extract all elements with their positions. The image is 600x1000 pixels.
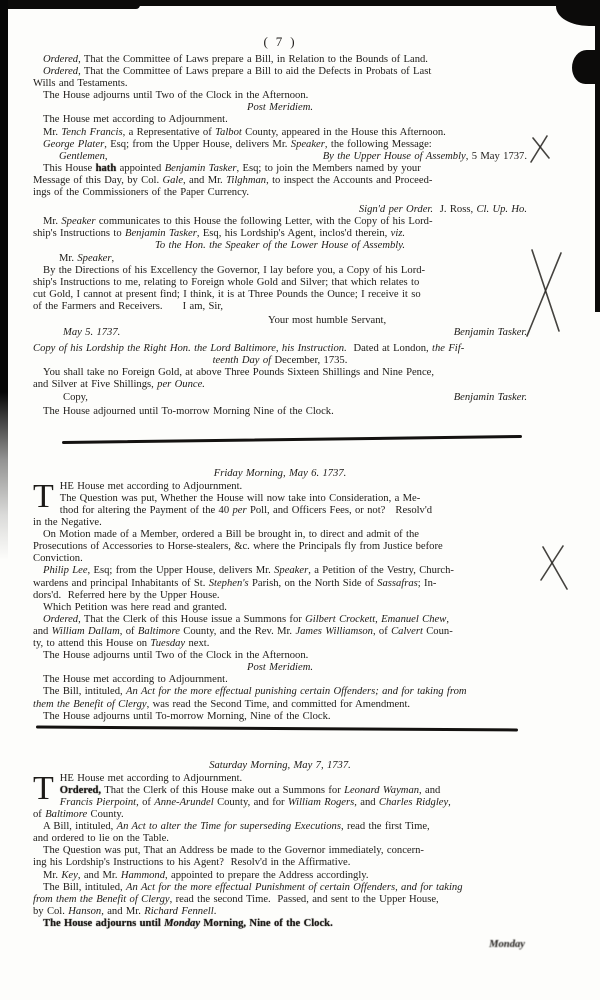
section-saturday-may-7: Saturday Morning, May 7, 1737.THE House …	[33, 760, 527, 930]
scan-artifact-left-edge	[0, 0, 8, 560]
text-line: of Baltimore County.	[33, 809, 527, 821]
scanned-document-page: ( 7 ) Ordered, That the Committee of Law…	[0, 0, 600, 1000]
text-line: Mr. Tench Francis, a Representative of T…	[33, 127, 527, 139]
text-line: The House met according to Adjournment.	[33, 674, 527, 686]
text-line: and ordered to lie on the Table.	[33, 833, 527, 845]
text-line: of the Farmers and Receivers. I am, Sir,	[33, 301, 527, 313]
handwritten-x-mark-3	[543, 547, 567, 589]
text-line: Prosecutions of Accessories to Horse-ste…	[33, 541, 527, 553]
text-line: Which Petition was here read and granted…	[33, 602, 527, 614]
text-line: wardens and principal Inhabitants of St.…	[33, 578, 527, 590]
text-line: The House adjourns until Two of the Cloc…	[33, 90, 527, 102]
text-line: THE House met according to Adjournment.	[33, 773, 527, 785]
text-line: and Silver at Five Shillings, per Ounce.	[33, 379, 527, 391]
text-line: The Bill, intituled, An Act for the more…	[33, 686, 527, 698]
text-line: Sign'd per Order. J. Ross, Cl. Up. Ho.	[33, 204, 527, 216]
text-line: Mr. Speaker communicates to this House t…	[33, 216, 527, 228]
text-line: Ordered, That the Clerk of this House is…	[33, 614, 527, 626]
handwritten-x-mark-1	[531, 136, 547, 162]
text-line: Ordered, That the Committee of Laws prep…	[33, 54, 527, 66]
drop-cap: T	[33, 773, 60, 806]
text-line: On Motion made of a Member, ordered a Bi…	[33, 529, 527, 541]
text-line: The House met according to Adjournment.	[33, 114, 527, 126]
document-text-block: ( 7 ) Ordered, That the Committee of Law…	[33, 36, 527, 951]
text-line: Post Meridiem.	[33, 662, 527, 674]
text-line: in the Negative.	[33, 517, 527, 529]
text-line: The House adjourns until Two of the Cloc…	[33, 650, 527, 662]
text-line: THE House met according to Adjournment.	[33, 481, 527, 493]
text-line: Wills and Testaments.	[33, 78, 527, 90]
text-line: Gentlemen,By the Upper House of Assembly…	[33, 151, 527, 163]
text-line: Conviction.	[33, 553, 527, 565]
text-line: George Plater, Esq; from the Upper House…	[33, 139, 527, 151]
text-line: To the Hon. the Speaker of the Lower Hou…	[33, 240, 527, 252]
text-line: The Bill, intituled, An Act for the more…	[33, 882, 527, 894]
text-line: Message of this Day, by Col. Gale, and M…	[33, 175, 527, 187]
text-line: Copy,Benjamin Tasker.	[33, 392, 527, 404]
text-line: Francis Pierpoint, of Anne-Arundel Count…	[33, 797, 527, 809]
text-line: The House adjourns until Monday Morning,…	[33, 918, 527, 930]
scan-artifact-ink-blob-right	[572, 50, 600, 84]
text-line-right: Benjamin Tasker.	[454, 327, 527, 339]
text-line: The House adjourned until To-morrow Morn…	[33, 406, 527, 418]
text-line: May 5. 1737.Benjamin Tasker.	[33, 327, 527, 339]
text-line: ing his Lordship's Instructions to his A…	[33, 857, 527, 869]
text-line-right: Benjamin Tasker.	[454, 392, 527, 404]
text-line: A Bill, intituled, An Act to alter the T…	[33, 821, 527, 833]
handwritten-x-mark-2	[532, 250, 559, 331]
text-line: The Question was put, Whether the House …	[33, 493, 527, 505]
scan-artifact-ink-blob-top-right	[556, 0, 600, 26]
text-line: teenth Day of December, 1735.	[33, 355, 527, 367]
text-line: them the Benefit of Clergy, was read the…	[33, 699, 527, 711]
text-line: Philip Lee, Esq; from the Upper House, d…	[33, 565, 527, 577]
text-line: ship's Instructions to Benjamin Tasker, …	[33, 228, 527, 240]
catchword: Monday	[33, 939, 527, 951]
text-line: ings of the Commissioners of the Paper C…	[33, 187, 527, 199]
text-line: cut Gold, I cannot at present find; I th…	[33, 289, 527, 301]
drop-cap: T	[33, 481, 60, 514]
text-line: ship's Instructions to me, relating to F…	[33, 277, 527, 289]
text-line: Mr. Speaker,	[33, 253, 527, 265]
text-line: Mr. Key, and Mr. Hammond, appointed to p…	[33, 870, 527, 882]
text-line: Your most humble Servant,	[33, 315, 527, 327]
text-line: Ordered, That the Clerk of this House ma…	[33, 785, 527, 797]
text-line: thod for altering the Payment of the 40 …	[33, 505, 527, 517]
journal-sections: Ordered, That the Committee of Laws prep…	[33, 54, 527, 930]
text-line: You shall take no Foreign Gold, at above…	[33, 367, 527, 379]
text-line: The Question was put, That an Address be…	[33, 845, 527, 857]
text-line: Post Meridiem.	[33, 102, 527, 114]
text-line-left: May 5. 1737.	[63, 327, 120, 339]
scan-artifact-right-edge	[595, 0, 600, 312]
handwritten-x-mark-3	[541, 546, 563, 580]
text-line: Copy of his Lordship the Right Hon. the …	[33, 343, 527, 355]
handwritten-x-mark-1	[533, 138, 549, 158]
text-line: Ordered, That the Committee of Laws prep…	[33, 66, 527, 78]
scan-artifact-top-left-edge	[0, 0, 140, 9]
section-heading: Friday Morning, May 6. 1737.	[33, 468, 527, 480]
text-line: ty, to attend this House on Tuesday next…	[33, 638, 527, 650]
section-thursday-may-5-continued: Ordered, That the Committee of Laws prep…	[33, 54, 527, 418]
text-line: by Col. Hanson, and Mr. Richard Fennell.	[33, 906, 527, 918]
section-heading: Saturday Morning, May 7, 1737.	[33, 760, 527, 772]
text-line: The House adjourns until To-morrow Morni…	[33, 711, 527, 723]
text-line: from them the Benefit of Clergy, read th…	[33, 894, 527, 906]
text-line: This House hath appointed Benjamin Taske…	[33, 163, 527, 175]
text-line-right: By the Upper House of Assembly, 5 May 17…	[323, 151, 527, 163]
handwritten-x-mark-2	[527, 253, 561, 336]
text-line-left: Copy,	[63, 392, 88, 404]
section-friday-may-6: Friday Morning, May 6. 1737.THE House me…	[33, 468, 527, 723]
page-number: ( 7 )	[33, 36, 527, 52]
text-line-left: Gentlemen,	[59, 151, 108, 163]
text-line: dors'd. Referred here by the Upper House…	[33, 590, 527, 602]
text-line: By the Directions of his Excellency the …	[33, 265, 527, 277]
text-line: and William Dallam, of Baltimore County,…	[33, 626, 527, 638]
